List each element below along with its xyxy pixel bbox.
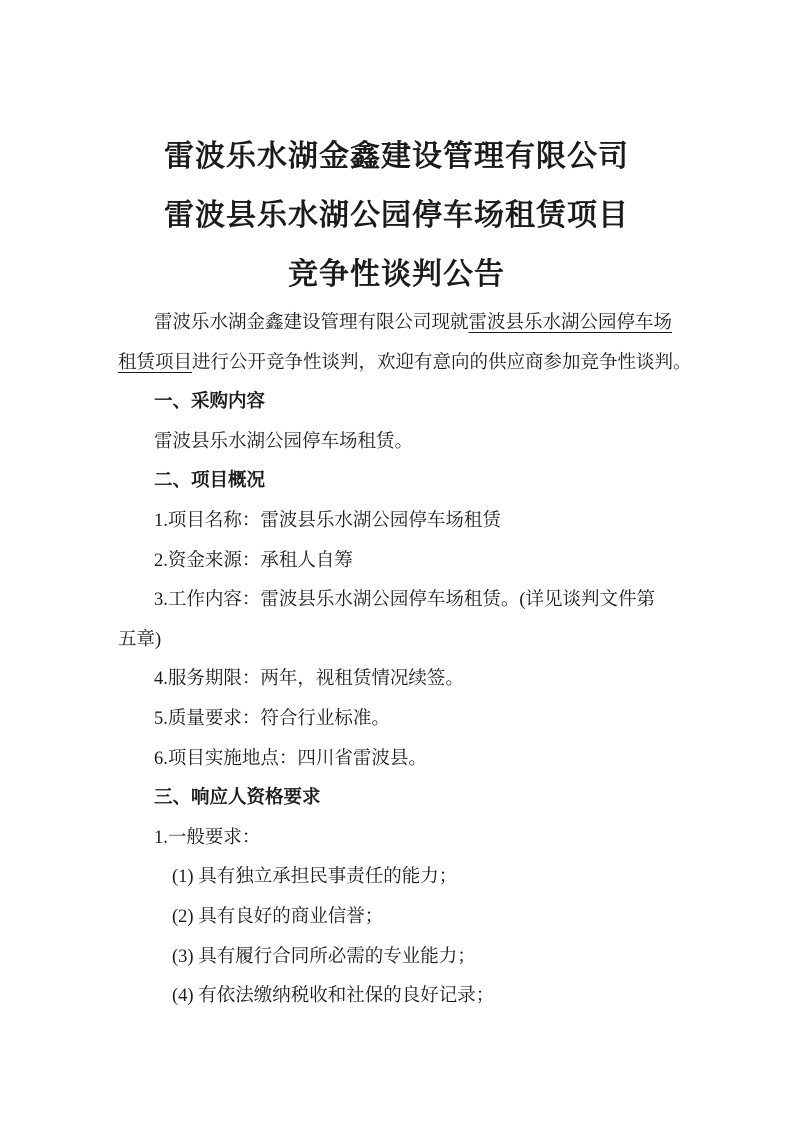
qualification-item-1: (1) 具有独立承担民事责任的能力；: [118, 858, 733, 898]
document-title-block: 雷波乐水湖金鑫建设管理有限公司 雷波县乐水湖公园停车场租赁项目 竞争性谈判公告: [0, 0, 793, 304]
title-project-name: 雷波县乐水湖公园停车场租赁项目: [0, 186, 793, 245]
intro-text-pre: 雷波乐水湖金鑫建设管理有限公司现就: [154, 313, 469, 333]
section2-heading: 二、项目概况: [118, 462, 733, 502]
intro-underlined-part2: 租赁项目: [118, 353, 192, 373]
item-funding-source: 2.资金来源：承租人自筹: [118, 542, 733, 582]
item-work-content: 3.工作内容：雷波县乐水湖公园停车场租赁。(详见谈判文件第 五章): [118, 581, 733, 660]
section1-body: 雷波县乐水湖公园停车场租赁。: [118, 423, 733, 463]
qualification-item-4: (4) 有依法缴纳税收和社保的良好记录；: [118, 977, 733, 1017]
intro-underlined-part1: 雷波县乐水湖公园停车场: [469, 313, 673, 333]
item-project-location: 6.项目实施地点：四川省雷波县。: [118, 740, 733, 780]
item-service-period: 4.服务期限：两年，视租赁情况续签。: [118, 660, 733, 700]
document-page: 雷波乐水湖金鑫建设管理有限公司 雷波县乐水湖公园停车场租赁项目 竞争性谈判公告 …: [0, 0, 793, 1121]
section1-heading: 一、采购内容: [118, 383, 733, 423]
qualification-item-3: (3) 具有履行合同所必需的专业能力；: [118, 938, 733, 978]
title-company-name: 雷波乐水湖金鑫建设管理有限公司: [0, 127, 793, 186]
document-body: 雷波乐水湖金鑫建设管理有限公司现就雷波县乐水湖公园停车场租赁项目进行公开竞争性谈…: [118, 304, 733, 1017]
section3-heading: 三、响应人资格要求: [118, 779, 733, 819]
qualification-item-2: (2) 具有良好的商业信誉；: [118, 898, 733, 938]
intro-text-post: 进行公开竞争性谈判，欢迎有意向的供应商参加竞争性谈判。: [192, 353, 692, 373]
title-announcement-type: 竞争性谈判公告: [0, 245, 793, 304]
section3-general-heading: 1.一般要求：: [118, 819, 733, 859]
item-project-name: 1.项目名称：雷波县乐水湖公园停车场租赁: [118, 502, 733, 542]
intro-paragraph: 雷波乐水湖金鑫建设管理有限公司现就雷波县乐水湖公园停车场租赁项目进行公开竞争性谈…: [118, 304, 733, 383]
item-quality-requirement: 5.质量要求：符合行业标准。: [118, 700, 733, 740]
